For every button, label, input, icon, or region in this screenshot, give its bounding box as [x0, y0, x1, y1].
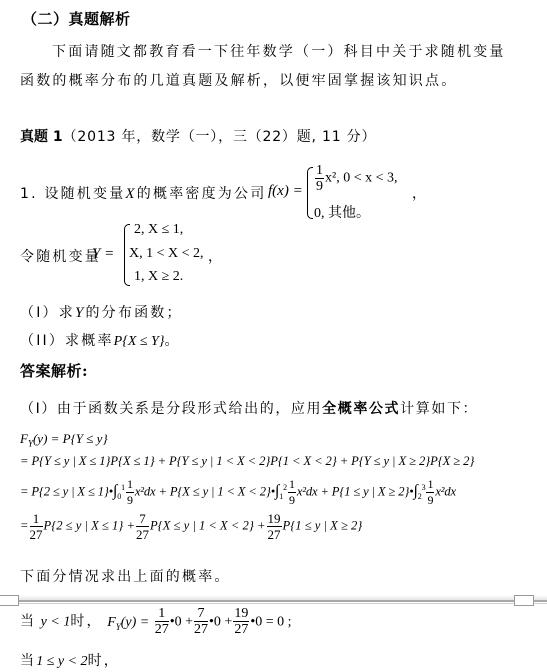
total-probability-formula: 全概率公式: [322, 401, 400, 417]
var-x: X: [125, 186, 136, 202]
problem-title-bold: 真题 1: [20, 129, 63, 145]
answer-paragraph: （I）由于函数关系是分段形式给出的，应用全概率公式计算如下：: [20, 398, 478, 418]
equation-1: FY(y) = P{Y ≤ y}: [20, 431, 108, 449]
fx-label: f(x) =: [268, 183, 303, 200]
equation-4: =127P{2 ≤ y | X ≤ 1} +727P{X ≤ y | 1 < X…: [20, 511, 362, 542]
intro-line-1: 下面请随文都教育看一下往年数学（一）科目中关于求随机变量: [52, 41, 506, 61]
y-case-1: 2, X ≤ 1,: [134, 222, 183, 238]
question-text: 1. 设随机变量X的概率密度为公司: [20, 183, 266, 203]
fx-comma: ，: [412, 183, 426, 203]
y-case-3: 1, X ≥ 2.: [134, 269, 183, 285]
cases-intro: 下面分情况求出上面的概率。: [20, 566, 231, 586]
fx-brace: [307, 167, 313, 219]
problem-title: 真题 1（2013 年，数学（一），三（22）题, 11 分）: [20, 126, 376, 146]
answer-heading: 答案解析:: [20, 360, 88, 381]
equation-2: = P{Y ≤ y | X ≤ 1}P{X ≤ 1} + P{Y ≤ y | 1…: [20, 454, 474, 469]
case-y-less-1: 当 y < 1时， FY(y) = 127•0 +727•0 +1927•0 =…: [20, 606, 292, 637]
fx-case-1: 19x², 0 < x < 3,: [314, 163, 398, 194]
problem-title-meta: （2013 年，数学（一），三（22）题, 11 分）: [63, 129, 377, 145]
section-heading: （二）真题解析: [22, 8, 131, 29]
fx-case-2: 0, 其他。: [314, 202, 370, 222]
y-comma: ，: [208, 246, 222, 266]
y-label: Y =: [92, 246, 114, 263]
part-2: （II）求概率P{X ≤ Y}。: [20, 330, 181, 350]
part-1: （I）求Y的分布函数；: [20, 302, 183, 322]
equation-3: = P{2 ≤ y | X ≤ 1}•∫0119x²dx + P{X ≤ y |…: [20, 477, 456, 508]
page-margin-marker-left: [0, 595, 19, 606]
question-prefix: 1. 设随机变量: [20, 186, 125, 202]
intro-line-2: 函数的概率分布的几道真题及解析，以便牢固掌握该知识点。: [20, 70, 457, 90]
case-y-1-to-2: 当1 ≤ y < 2时，: [20, 650, 120, 670]
page-margin-marker-right: [514, 595, 534, 606]
y-def-prefix: 令随机变量: [20, 246, 101, 266]
question-mid: 的概率密度为公司: [137, 186, 267, 202]
y-case-2: X, 1 < X < 2,: [129, 246, 204, 262]
